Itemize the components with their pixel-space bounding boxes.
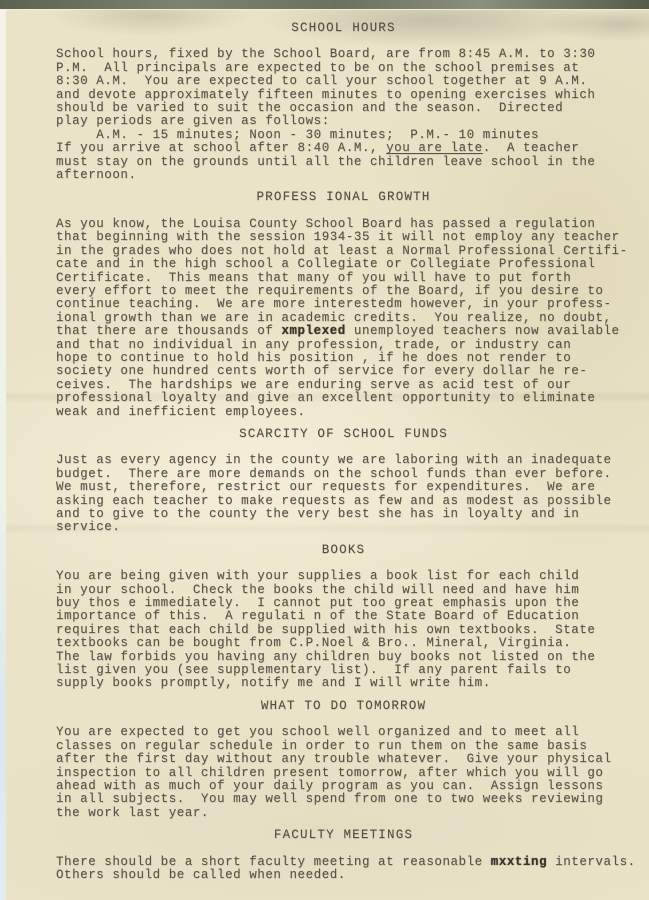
paragraph: School hours, fixed by the School Board,… [56,48,631,142]
overstruck-word: mxxting [491,855,547,869]
paragraph: Others should be called when needed. [56,869,631,882]
late-line-pre: If you arrive at school after 8:40 A.M., [56,141,386,155]
section-scarcity-of-funds: SCARCITY OF SCHOOL FUNDS Just as every a… [56,428,631,535]
strikeout-line-post: unemployed teachers now available [346,324,620,338]
section-title-faculty: FACULTY MEETINGS [56,829,631,842]
section-title-professional-growth: PROFESS IONAL GROWTH [56,191,631,204]
faculty-line-post: intervals. [547,855,636,869]
strikeout-line: that there are thousands of xmplexed une… [56,325,631,338]
strikeout-line-pre: that there are thousands of [56,324,281,338]
late-notice-line: If you arrive at school after 8:40 A.M.,… [56,142,631,155]
paragraph: Just as every agency in the county we ar… [56,454,631,534]
section-title-school-hours: SCHOOL HOURS [56,22,631,35]
paragraph: As you know, the Louisa County School Bo… [56,218,631,325]
section-title-tomorrow: WHAT TO DO TOMORROW [56,700,631,713]
document-content: SCHOOL HOURS School hours, fixed by the … [56,22,631,891]
strikeout-line: There should be a short faculty meeting … [56,856,631,869]
section-professional-growth: PROFESS IONAL GROWTH As you know, the Lo… [56,191,631,419]
section-school-hours: SCHOOL HOURS School hours, fixed by the … [56,22,631,182]
late-line-underlined: you are late [386,141,483,155]
paragraph: You are being given with your supplies a… [56,570,631,691]
paragraph: must stay on the grounds until all the c… [56,156,631,183]
section-title-scarcity: SCARCITY OF SCHOOL FUNDS [56,428,631,441]
late-line-post: . A teacher [483,141,580,155]
overstruck-word: xmplexed [281,324,345,338]
section-title-books: BOOKS [56,544,631,557]
section-books: BOOKS You are being given with your supp… [56,544,631,691]
section-faculty-meetings: FACULTY MEETINGS There should be a short… [56,829,631,882]
faculty-line-pre: There should be a short faculty meeting … [56,855,491,869]
section-what-to-do-tomorrow: WHAT TO DO TOMORROW You are expected to … [56,700,631,820]
scan-left-edge [0,9,6,900]
paragraph: You are expected to get you school well … [56,726,631,820]
paragraph: and that no individual in any profession… [56,339,631,419]
